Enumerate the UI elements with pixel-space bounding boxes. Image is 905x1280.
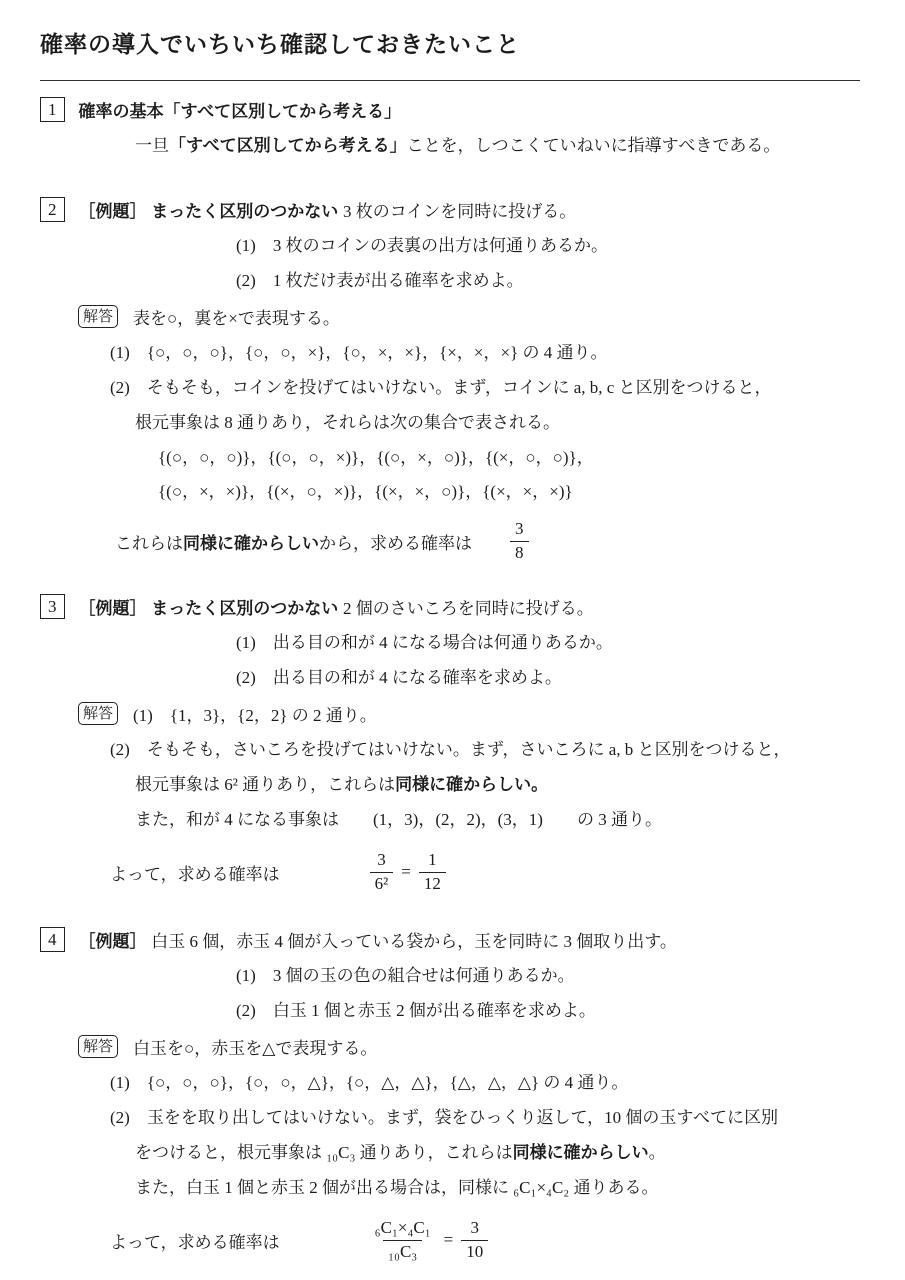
section-4-heading-row: 4 ［例題］ 白玉 6 個，赤玉 4 個が入っている袋から，玉を同時に 3 個取… [40,927,860,952]
text-run-bold: 同様に確からしい [513,1143,649,1162]
text-run-bold: 「すべて区別してから考える」 [169,136,407,155]
solution-row: 解答 白玉を○，赤玉を△で表現する。 [78,1034,860,1059]
section-2-heading-row: 2 ［例題］ まったく区別のつかない 3 枚のコインを同時に投げる。 [40,197,860,222]
solution-text: 表を○，裏を×で表現する。 [133,304,340,329]
conclusion-text: よって，求める確率は [110,860,280,885]
section-1-heading-row: 1 確率の基本「すべて区別してから考える」 [40,97,860,122]
fraction: 1 12 [419,850,446,894]
section-3-heading-row: 3 ［例題］ まったく区別のつかない 2 個のさいころを同時に投げる。 [40,594,860,619]
section-1-body: 一旦「すべて区別してから考える」ことを，しつこくていねいに指導すべきである。 [135,134,860,157]
section-number: 4 [40,927,65,952]
also-line: また，白玉 1 個と赤玉 2 個が出る場合は，同様に ₆C₁×₄C₂ 通りある。 [135,1176,860,1199]
section-heading: ［例題］ まったく区別のつかない 3 枚のコインを同時に投げる。 [79,197,577,222]
solution-text: (1) {1，3}，{2，2} の 2 通り。 [133,701,377,726]
fraction-denominator: ₁₀C₃ [383,1240,422,1262]
solution-row: 解答 (1) {1，3}，{2，2} の 2 通り。 [78,701,860,726]
text-run: から，求める確率は [319,534,472,553]
problem-item-1: (1) 3 枚のコインの表裏の出方は何通りあるか。 [236,234,860,257]
solution-label: 解答 [78,305,118,328]
text-run-bold: ［例題］ まったく区別のつかない [79,599,343,618]
conclusion-row: これらは同様に確からしいから，求める確率は 3 8 [115,514,860,568]
section-number: 1 [40,97,65,122]
text-run: これらは [115,534,183,553]
fraction-denominator: 10 [461,1240,488,1262]
fraction: ₆C₁×₄C₁ ₁₀C₃ [370,1218,436,1262]
text-run: ことを，しつこくていねいに指導すべきである。 [407,136,781,155]
equation-row: よって，求める確率は ₆C₁×₄C₁ ₁₀C₃ = 3 10 [110,1211,860,1269]
section-3: 3 ［例題］ まったく区別のつかない 2 個のさいころを同時に投げる。 (1) … [40,594,860,901]
document-page: 確率の導入でいちいち確認しておきたいこと 1 確率の基本「すべて区別してから考え… [0,0,905,1280]
problem-item-1: (1) 3 個の玉の色の組合せは何通りあるか。 [236,964,860,987]
set-line-1: {(○，○，○)}，{(○，○，×)}，{(○，×，○)}，{(×，○，○)}， [158,446,860,469]
section-heading: ［例題］ まったく区別のつかない 2 個のさいころを同時に投げる。 [79,594,594,619]
problem-item-2: (2) 1 枚だけ表が出る確率を求めよ。 [236,269,860,292]
problem-item-2: (2) 出る目の和が 4 になる確率を求めよ。 [236,666,860,689]
section-heading: ［例題］ 白玉 6 個，赤玉 4 個が入っている袋から，玉を同時に 3 個取り出… [79,927,677,952]
text-run: 根元事象は 6² 通りあり，これらは [135,775,395,794]
title-divider [40,80,860,81]
fraction-numerator: 3 [466,1218,485,1239]
solution-line-2: (2) そもそも，さいころを投げてはいけない。まず，さいころに a, b と区別… [110,738,860,761]
text-run-bold: ［例題］ [79,932,152,951]
text-run-bold: ［例題］ まったく区別のつかない [79,202,343,221]
solution-line-2-cont: をつけると，根元事象は ₁₀C₃ 通りあり，これらは同様に確からしい。 [135,1141,860,1164]
text-run-bold: 同様に確からしい [183,534,319,553]
conclusion-text: よって，求める確率は [110,1228,280,1253]
solution-label: 解答 [78,1035,118,1058]
section-heading: 確率の基本「すべて区別してから考える」 [79,97,402,122]
solution-text: 白玉を○，赤玉を△で表現する。 [133,1034,377,1059]
fraction: 3 10 [461,1218,488,1262]
solution-line-1: (1) {○，○，○}，{○，○，△}，{○，△，△}，{△，△，△} の 4 … [110,1071,860,1094]
solution-line-2: (2) 玉をを取り出してはいけない。まず，袋をひっくり返して，10 個の玉すべて… [110,1106,860,1129]
text-run: 白玉 6 個，赤玉 4 個が入っている袋から，玉を同時に 3 個取り出す。 [151,932,677,951]
solution-line-1: (1) {○，○，○}，{○，○，×}，{○，×，×}，{×，×，×} の 4 … [110,341,860,364]
page-title: 確率の導入でいちいち確認しておきたいこと [40,26,860,59]
section-1: 1 確率の基本「すべて区別してから考える」 一旦「すべて区別してから考える」こと… [40,97,860,157]
solution-row: 解答 表を○，裏を×で表現する。 [78,304,860,329]
text-run: 2 個のさいころを同時に投げる。 [343,599,594,618]
fraction: 3 8 [510,519,529,563]
problem-item-1: (1) 出る目の和が 4 になる場合は何通りあるか。 [236,631,860,654]
section-number: 2 [40,197,65,222]
section-number: 3 [40,594,65,619]
text-run-bold: 同様に確からしい。 [395,775,548,794]
solution-line-2-cont: 根元事象は 8 通りあり，それらは次の集合で表される。 [135,411,860,434]
fraction-numerator: 3 [510,519,529,540]
equation-row: よって，求める確率は 3 6² = 1 12 [110,843,860,901]
equals-sign: = [401,862,411,882]
section-4: 4 ［例題］ 白玉 6 個，赤玉 4 個が入っている袋から，玉を同時に 3 個取… [40,927,860,1269]
text-run: 3 枚のコインを同時に投げる。 [343,202,576,221]
equals-sign: = [444,1230,454,1250]
fraction-numerator: 3 [372,850,391,871]
fraction: 3 6² [370,850,394,894]
section-2: 2 ［例題］ まったく区別のつかない 3 枚のコインを同時に投げる。 (1) 3… [40,197,860,568]
also-line: また，和が 4 になる事象は (1，3)，(2，2)，(3，1) の 3 通り。 [135,808,860,831]
solution-label: 解答 [78,702,118,725]
fraction-denominator: 8 [510,541,529,563]
text-run: をつけると，根元事象は ₁₀C₃ 通りあり，これらは [135,1143,513,1162]
set-line-2: {(○，×，×)}，{(×，○，×)}，{(×，×，○)}，{(×，×，×)} [158,480,860,503]
solution-line-2-cont: 根元事象は 6² 通りあり，これらは同様に確からしい。 [135,773,860,796]
problem-item-2: (2) 白玉 1 個と赤玉 2 個が出る確率を求めよ。 [236,999,860,1022]
fraction-numerator: 1 [423,850,442,871]
conclusion-text: これらは同様に確からしいから，求める確率は [115,529,472,554]
fraction-denominator: 12 [419,872,446,894]
text-run: 。 [649,1143,666,1162]
text-run: 一旦 [135,136,169,155]
solution-line-2: (2) そもそも，コインを投げてはいけない。まず，コインに a, b, c と区… [110,376,860,399]
fraction-numerator: ₆C₁×₄C₁ [370,1218,436,1239]
fraction-denominator: 6² [370,872,394,894]
